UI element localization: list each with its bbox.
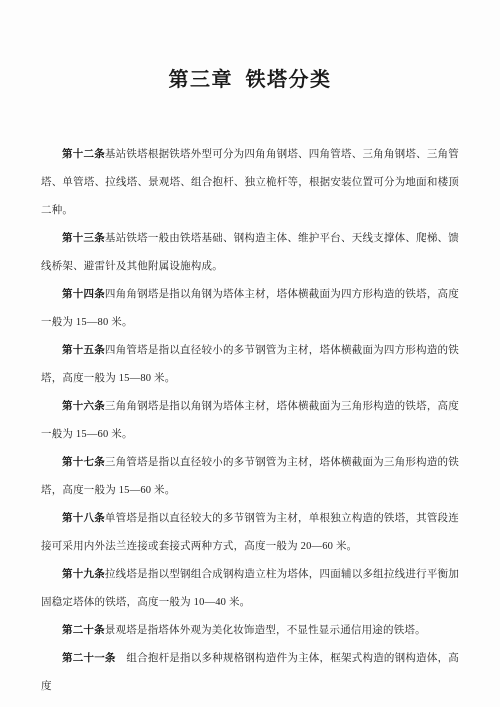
article-number: 第十六条 [62,401,105,412]
article-number: 第十八条 [62,513,105,524]
article-number: 第二十条 [62,625,105,636]
article-paragraph: 第十五条四角管塔是指以直径较小的多节钢管为主材，塔体横截面为四方形构造的铁塔，高… [41,337,459,393]
article-number: 第十二条 [62,149,105,160]
article-paragraph: 第十四条四角角钢塔是指以角钢为塔体主材，塔体横截面为四方形构造的铁塔，高度一般为… [41,281,459,337]
article-paragraph: 第十二条基站铁塔根据铁塔外型可分为四角角钢塔、四角管塔、三角角钢塔、三角管塔、单… [41,141,459,225]
article-paragraph: 第二十一条 组合抱杆是指以多种规格钢构造件为主体，框架式构造的钢构造体，高度 [41,645,459,701]
article-number: 第十九条 [62,569,105,580]
article-paragraph: 第十七条三角管塔是指以直径较小的多节钢管为主材，塔体横截面为三角形构造的铁塔，高… [41,449,459,505]
article-number: 第十七条 [62,457,105,468]
article-number: 第十五条 [62,345,105,356]
label-separator [116,653,127,664]
article-paragraph: 第十三条基站铁塔一般由铁塔基础、钢构造主体、维护平台、天线支撑体、爬梯、馈线桥架… [41,225,459,281]
article-number: 第十三条 [62,233,105,244]
chapter-title: 第三章 铁塔分类 [0,0,500,94]
article-paragraph: 第二十条景观塔是指塔体外观为美化妆饰造型，不显性显示通信用途的铁塔。 [41,617,459,645]
article-paragraph: 第十六条三角角钢塔是指以角钢为塔体主材，塔体横截面为三角形构造的铁塔，高度一般为… [41,393,459,449]
article-number: 第二十一条 [62,653,116,664]
article-paragraph: 第十八条单管塔是指以直径较大的多节钢管为主材，单根独立构造的铁塔，其管段连接可采… [41,505,459,561]
article-text: 景观塔是指塔体外观为美化妆饰造型，不显性显示通信用途的铁塔。 [105,625,426,636]
document-body: 第十二条基站铁塔根据铁塔外型可分为四角角钢塔、四角管塔、三角角钢塔、三角管塔、单… [41,141,459,701]
article-number: 第十四条 [62,289,105,300]
article-paragraph: 第十九条拉线塔是指以型钢组合成钢构造立柱为塔体，四面辅以多组拉线进行平衡加固稳定… [41,561,459,617]
document-page: 第三章 铁塔分类 第十二条基站铁塔根据铁塔外型可分为四角角钢塔、四角管塔、三角角… [0,0,500,707]
